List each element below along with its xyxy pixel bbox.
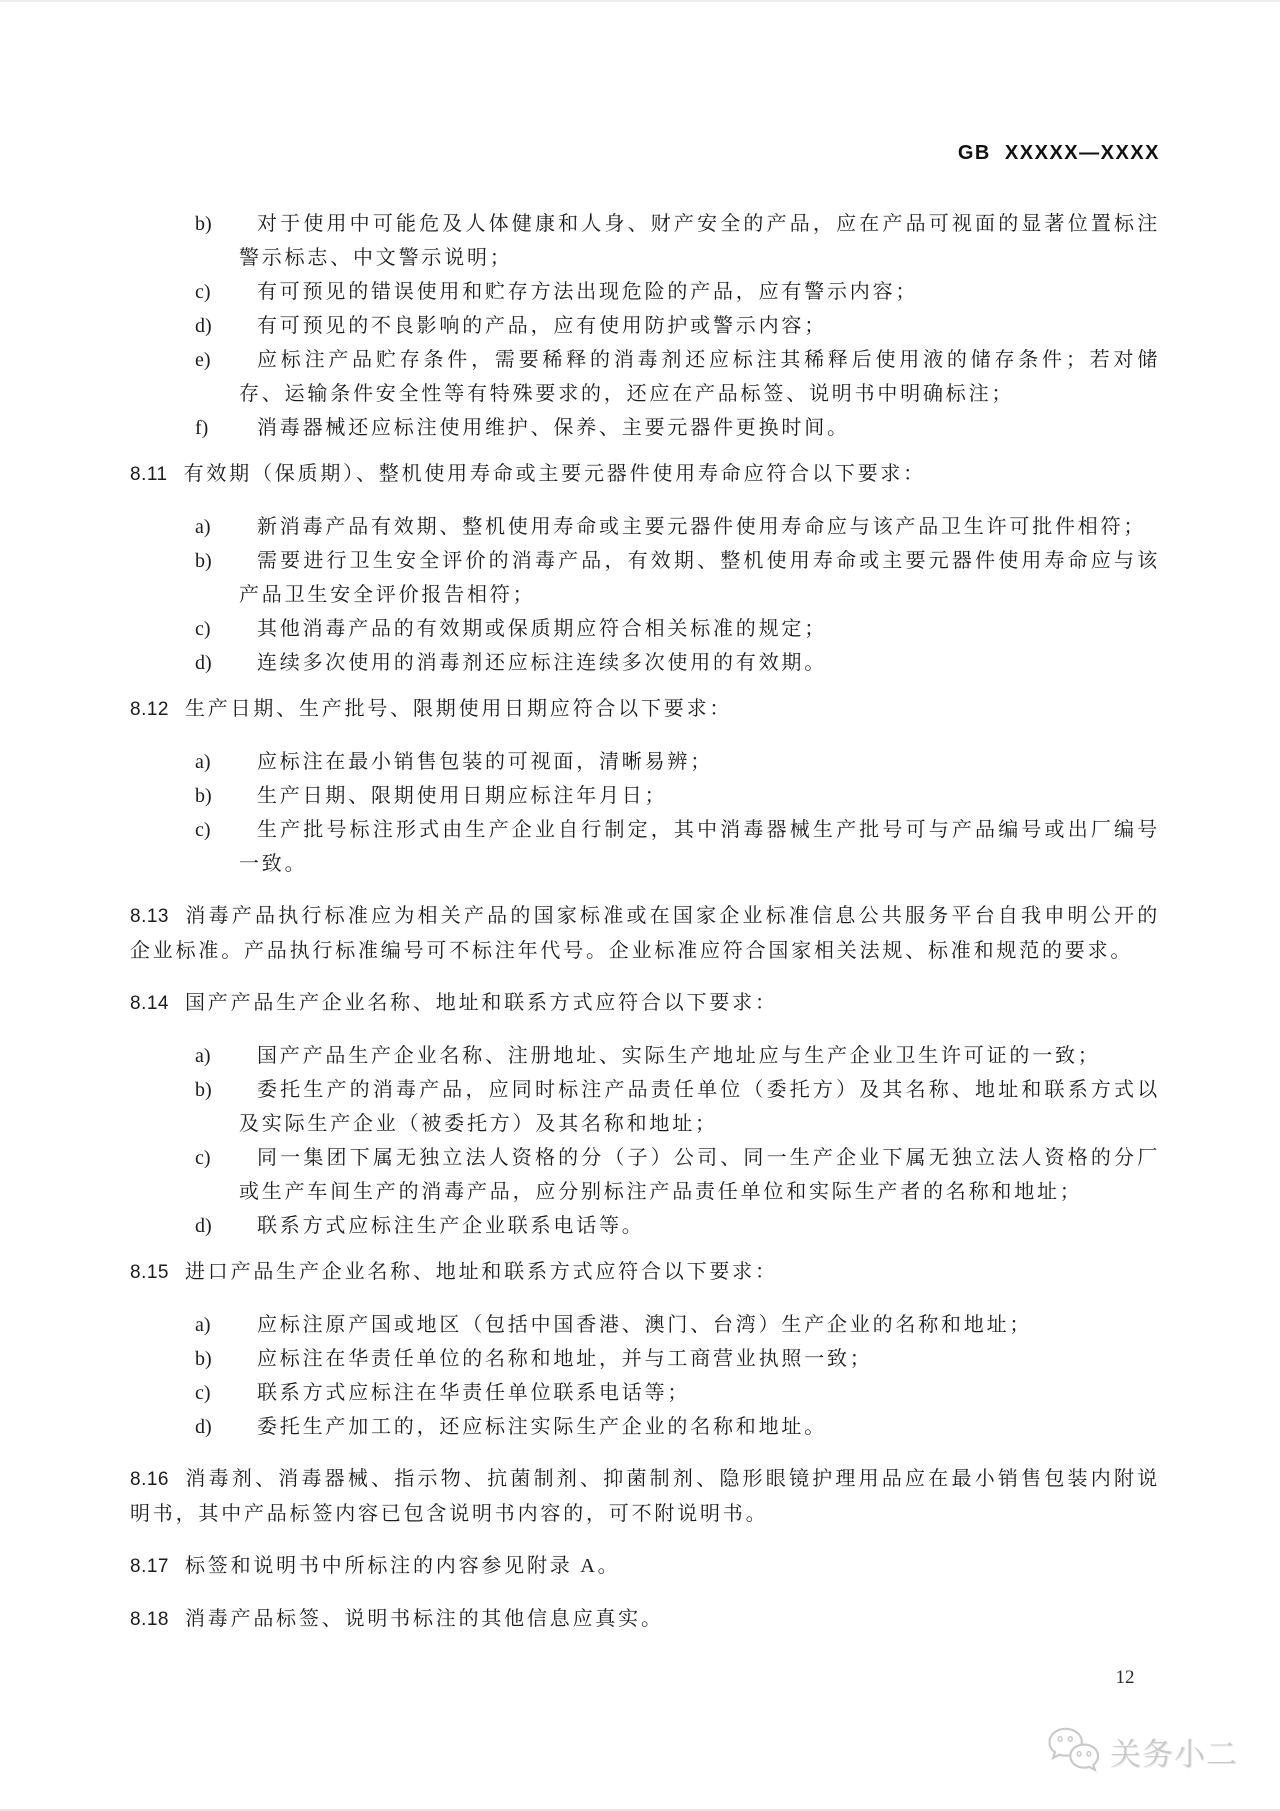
section-text: 消毒产品执行标准应为相关产品的国家标准或在国家企业标准信息公共服务平台自我申明公… [130, 905, 1160, 962]
list-item: d)联系方式应标注生产企业联系电话等。 [130, 1209, 1160, 1243]
list-marker: c) [195, 1376, 211, 1410]
list-marker: a) [195, 745, 211, 779]
list-item: c)其他消毒产品的有效期或保质期应符合相关标准的规定； [130, 612, 1160, 646]
list-marker: c) [195, 1141, 211, 1175]
list-item: b)需要进行卫生安全评价的消毒产品，有效期、整机使用寿命或主要元器件使用寿命应与… [130, 544, 1160, 612]
list-item-text: 有可预见的不良影响的产品，应有使用防护或警示内容； [257, 315, 827, 337]
list-marker: a) [195, 1039, 211, 1073]
list-marker: a) [195, 510, 211, 544]
section-title: 生产日期、生产批号、限期使用日期应符合以下要求： [185, 698, 732, 720]
list-item: f)消毒器械还应标注使用维护、保养、主要元器件更换时间。 [130, 411, 1160, 445]
list-marker: d) [195, 646, 212, 680]
list-item: c)有可预见的错误使用和贮存方法出现危险的产品，应有警示内容； [130, 275, 1160, 309]
section-title: 国产产品生产企业名称、地址和联系方式应符合以下要求： [185, 992, 778, 1014]
section-number: 8.11 [130, 458, 168, 492]
section-number: 8.18 [130, 1603, 169, 1637]
list-item-text: 同一集团下属无独立法人资格的分（子）公司、同一生产企业下属无独立法人资格的分厂或… [239, 1147, 1160, 1203]
list-item: a)应标注在最小销售包装的可视面，清晰易辨； [130, 745, 1160, 779]
section-text: 消毒产品标签、说明书标注的其他信息应真实。 [185, 1608, 664, 1630]
list-item-text: 连续多次使用的消毒剂还应标注连续多次使用的有效期。 [257, 652, 827, 674]
list-marker: c) [195, 275, 211, 309]
section-list-8-14: a)国产产品生产企业名称、注册地址、实际生产地址应与生产企业卫生许可证的一致； … [130, 1039, 1160, 1243]
section-title: 有效期（保质期）、整机使用寿命或主要元器件使用寿命应符合以下要求： [184, 463, 926, 485]
section-text: 消毒剂、消毒器械、指示物、抗菌制剂、抑菌制剂、隐形眼镜护理用品应在最小销售包装内… [130, 1468, 1160, 1525]
list-item: a)应标注原产国或地区（包括中国香港、澳门、台湾）生产企业的名称和地址； [130, 1308, 1160, 1342]
list-item-text: 有可预见的错误使用和贮存方法出现危险的产品，应有警示内容； [257, 281, 918, 303]
doc-code-header: GB XXXXX—XXXX [130, 140, 1160, 166]
section-paragraph-8-13: 8.13消毒产品执行标准应为相关产品的国家标准或在国家企业标准信息公共服务平台自… [130, 899, 1160, 968]
list-item-text: 其他消毒产品的有效期或保质期应符合相关标准的规定； [257, 618, 827, 640]
section-heading-8-12: 8.12生产日期、生产批号、限期使用日期应符合以下要求： [130, 692, 1160, 727]
section-heading-8-14: 8.14国产产品生产企业名称、地址和联系方式应符合以下要求： [130, 986, 1160, 1021]
list-item: c)生产批号标注形式由生产企业自行制定，其中消毒器械生产批号可与产品编号或出厂编… [130, 813, 1160, 881]
list-marker: d) [195, 309, 212, 343]
list-marker: b) [195, 207, 212, 241]
section-number: 8.14 [130, 987, 169, 1021]
list-item-text: 联系方式应标注生产企业联系电话等。 [257, 1215, 645, 1237]
list-item-text: 消毒器械还应标注使用维护、保养、主要元器件更换时间。 [257, 417, 850, 439]
list-item-text: 应标注产品贮存条件，需要稀释的消毒剂还应标注其稀释后使用液的储存条件；若对储存、… [239, 349, 1160, 405]
list-item-text: 委托生产加工的，还应标注实际生产企业的名称和地址。 [257, 1416, 827, 1438]
watermark-text: 关务小二 [1110, 1729, 1238, 1774]
list-item-text: 需要进行卫生安全评价的消毒产品，有效期、整机使用寿命或主要元器件使用寿命应与该产… [239, 550, 1160, 606]
list-item: b)应标注在华责任单位的名称和地址，并与工商营业执照一致； [130, 1342, 1160, 1376]
watermark: 关务小二 [1046, 1726, 1238, 1776]
section-heading-8-11: 8.11有效期（保质期）、整机使用寿命或主要元器件使用寿命应符合以下要求： [130, 457, 1160, 492]
section-paragraph-8-17: 8.17标签和说明书中所标注的内容参见附录 A。 [130, 1549, 1160, 1584]
section-list-8-11: a)新消毒产品有效期、整机使用寿命或主要元器件使用寿命应与该产品卫生许可批件相符… [130, 510, 1160, 680]
list-marker: b) [195, 1073, 212, 1107]
list-marker: d) [195, 1410, 212, 1444]
section-title: 进口产品生产企业名称、地址和联系方式应符合以下要求： [185, 1261, 778, 1283]
list-item-text: 应标注原产国或地区（包括中国香港、澳门、台湾）生产企业的名称和地址； [257, 1314, 1032, 1336]
section-paragraph-8-16: 8.16消毒剂、消毒器械、指示物、抗菌制剂、抑菌制剂、隐形眼镜护理用品应在最小销… [130, 1462, 1160, 1531]
list-item-text: 对于使用中可能危及人体健康和人身、财产安全的产品，应在产品可视面的显著位置标注警… [239, 213, 1160, 269]
list-marker: b) [195, 544, 212, 578]
list-item: b)生产日期、限期使用日期应标注年月日； [130, 779, 1160, 813]
list-item: e)应标注产品贮存条件，需要稀释的消毒剂还应标注其稀释后使用液的储存条件；若对储… [130, 343, 1160, 411]
list-item: d)有可预见的不良影响的产品，应有使用防护或警示内容； [130, 309, 1160, 343]
list-item-text: 应标注在华责任单位的名称和地址，并与工商营业执照一致； [257, 1348, 873, 1370]
page-number: 12 [1100, 1666, 1150, 1690]
list-marker: b) [195, 1342, 212, 1376]
section-number: 8.15 [130, 1256, 169, 1290]
page-content: GB XXXXX—XXXX b)对于使用中可能危及人体健康和人身、财产安全的产品… [130, 2, 1160, 1637]
document-page: GB XXXXX—XXXX b)对于使用中可能危及人体健康和人身、财产安全的产品… [0, 0, 1280, 1811]
list-item: c)联系方式应标注在华责任单位联系电话等； [130, 1376, 1160, 1410]
list-item-text: 生产日期、限期使用日期应标注年月日； [257, 785, 667, 807]
list-marker: e) [195, 343, 211, 377]
list-item: a)新消毒产品有效期、整机使用寿命或主要元器件使用寿命应与该产品卫生许可批件相符… [130, 510, 1160, 544]
section-number: 8.13 [130, 900, 169, 934]
section-number: 8.17 [130, 1550, 169, 1584]
list-item: d)连续多次使用的消毒剂还应标注连续多次使用的有效期。 [130, 646, 1160, 680]
list-marker: c) [195, 813, 211, 847]
section-number: 8.16 [130, 1463, 169, 1497]
list-marker: a) [195, 1308, 211, 1342]
list-item-text: 联系方式应标注在华责任单位联系电话等； [257, 1382, 690, 1404]
list-marker: d) [195, 1209, 212, 1243]
list-item: b)委托生产的消毒产品，应同时标注产品责任单位（委托方）及其名称、地址和联系方式… [130, 1073, 1160, 1141]
lead-list: b)对于使用中可能危及人体健康和人身、财产安全的产品，应在产品可视面的显著位置标… [130, 207, 1160, 445]
list-item-text: 应标注在最小销售包装的可视面，清晰易辨； [257, 751, 713, 773]
list-item: a)国产产品生产企业名称、注册地址、实际生产地址应与生产企业卫生许可证的一致； [130, 1039, 1160, 1073]
list-marker: c) [195, 612, 211, 646]
list-marker: b) [195, 779, 212, 813]
section-list-8-15: a)应标注原产国或地区（包括中国香港、澳门、台湾）生产企业的名称和地址； b)应… [130, 1308, 1160, 1444]
list-item-text: 国产产品生产企业名称、注册地址、实际生产地址应与生产企业卫生许可证的一致； [257, 1045, 1101, 1067]
section-text: 标签和说明书中所标注的内容参见附录 A。 [185, 1555, 620, 1577]
list-item: c)同一集团下属无独立法人资格的分（子）公司、同一生产企业下属无独立法人资格的分… [130, 1141, 1160, 1209]
list-item: b)对于使用中可能危及人体健康和人身、财产安全的产品，应在产品可视面的显著位置标… [130, 207, 1160, 275]
list-item: d)委托生产加工的，还应标注实际生产企业的名称和地址。 [130, 1410, 1160, 1444]
list-item-text: 委托生产的消毒产品，应同时标注产品责任单位（委托方）及其名称、地址和联系方式以及… [239, 1079, 1160, 1135]
list-item-text: 新消毒产品有效期、整机使用寿命或主要元器件使用寿命应与该产品卫生许可批件相符； [257, 516, 1146, 538]
section-list-8-12: a)应标注在最小销售包装的可视面，清晰易辨； b)生产日期、限期使用日期应标注年… [130, 745, 1160, 881]
list-marker: f) [195, 411, 208, 445]
list-item-text: 生产批号标注形式由生产企业自行制定，其中消毒器械生产批号可与产品编号或出厂编号一… [239, 819, 1160, 875]
section-heading-8-15: 8.15进口产品生产企业名称、地址和联系方式应符合以下要求： [130, 1255, 1160, 1290]
section-paragraph-8-18: 8.18消毒产品标签、说明书标注的其他信息应真实。 [130, 1602, 1160, 1637]
section-number: 8.12 [130, 693, 169, 727]
wechat-icon [1046, 1726, 1102, 1776]
